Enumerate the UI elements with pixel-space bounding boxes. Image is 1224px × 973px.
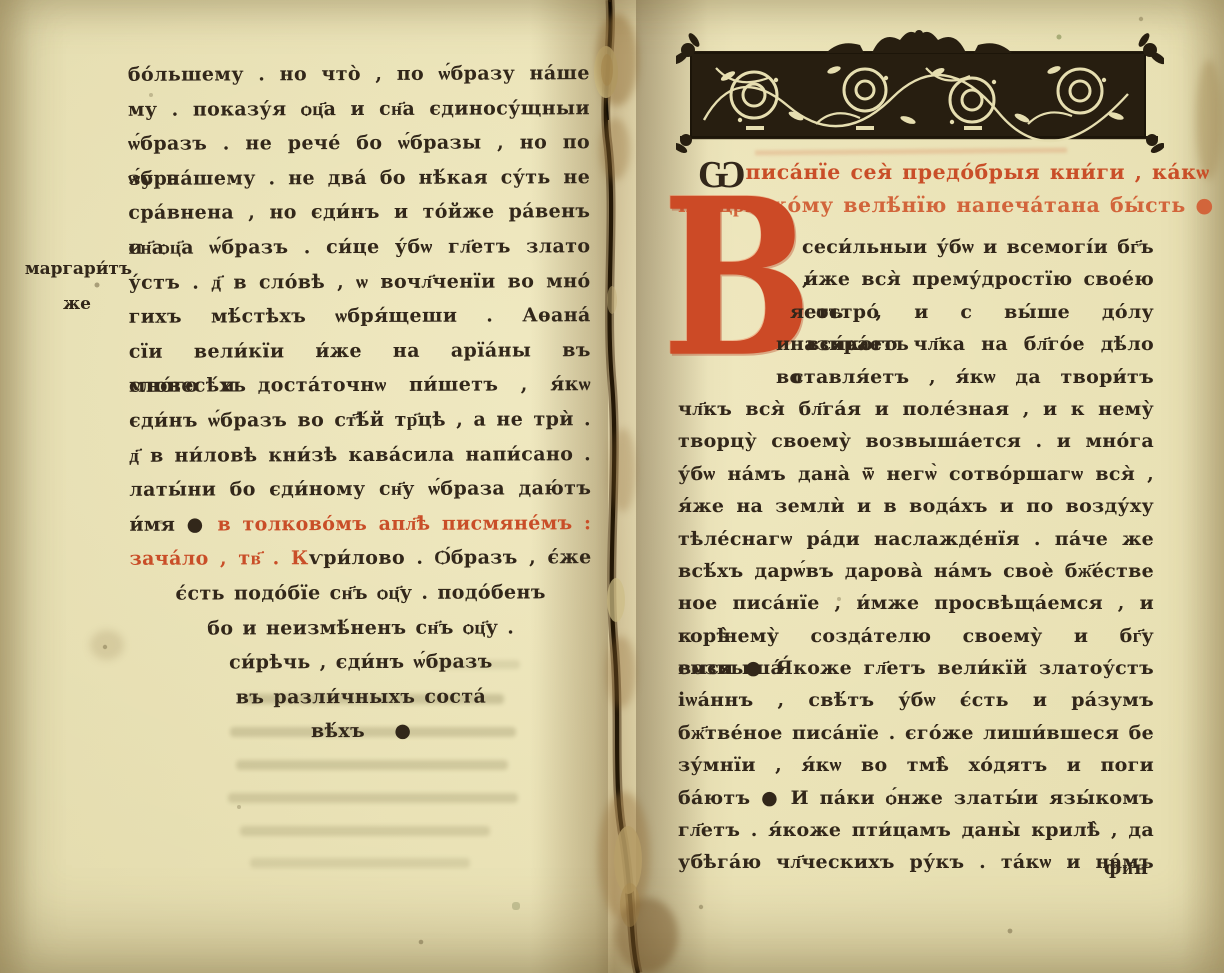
text-segment: ѵри́лово . Ѻ́бразъ , є́же [309, 547, 592, 570]
text-segment: вѣ́хъ ● [311, 720, 411, 742]
text-line: ба́ютъ ● И па́ки ѻ́нже златы́и язы́комъ [678, 782, 1154, 814]
text-segment: писа́нїе сея̀ предо́брыя кни́ги , ка́кѡ [746, 160, 1210, 184]
text-line: єди́нъ ѡ́бразъ во ст҃ѣ́й тр҃цѣ , а не тр… [129, 402, 591, 438]
text-line: я́же на землѝ и в вода́хъ и по возду́ху [678, 490, 1154, 522]
book-spread: { "colors": { "paper": "#e9e1b4", "ink":… [0, 0, 1224, 973]
text-line: чл҃къ вся̀ бл҃га́я и поле́зная , и к нем… [678, 393, 1154, 425]
text-line: у́стъ . д҃ в сло́вѣ , ѡ вочл҃ченїи во мн… [129, 264, 591, 300]
bleed-through [240, 826, 490, 836]
text-segment: гихъ мѣ́стѣхъ ѡбря́щеши . Аѳана́ [129, 304, 591, 328]
text-segment: творцу̀ своему̀ возвыша́ется . и мно́га [678, 430, 1154, 452]
text-segment: убѣга́ю чл҃ческихъ ру́къ . та́кѡ и на́мъ [678, 851, 1154, 873]
text-line: бо и неизмѣ́ненъ сн҃ъ ѻц҃у . [190, 610, 532, 646]
text-line: латы́ни бо єди́ному сн҃у ѡ́браза даю́тъ [129, 471, 591, 507]
text-segment: латы́ни бо єди́ному сн҃у ѡ́браза даю́тъ [129, 477, 591, 501]
bleed-through [250, 858, 470, 868]
text-segment: я́же на землѝ и в вода́хъ и по возду́ху [678, 495, 1154, 517]
text-line: ставля́етъ , я́кѡ да твори́тъ [792, 361, 1154, 393]
margin-note-line: маргари́тъ [22, 252, 132, 287]
text-line: и́же вся̀ прему́дростїю свое́ю состро́ [804, 263, 1154, 295]
text-line: зу на́шему . не два́ бо нѣ́кая су́ть не [128, 160, 590, 196]
text-line: іѡа́ннъ , свѣ́тъ у́бѡ є́сть и ра́зумъ [678, 684, 1154, 716]
text-line: гл҃етъ . я́коже пти́цамъ даны̀ крилѣ̀ , … [678, 814, 1154, 846]
text-segment: и ѻц҃а ѡ́бразъ . си́це у́бѡ гл҃етъ злато [128, 235, 590, 259]
text-line: и ѻц҃а ѡ́бразъ . си́це у́бѡ гл҃етъ злато [128, 229, 590, 265]
text-segment: бж҃тве́ное писа́нїе . єго́же лиши́вшеся … [678, 722, 1154, 744]
text-line: сра́внена , но єди́нъ и то́йже ра́венъ с… [128, 195, 590, 231]
bleed-through [228, 793, 518, 803]
text-line: тѣле́снагѡ ра́ди наслажде́нїя . па́че же [678, 523, 1154, 555]
stain [90, 630, 124, 660]
text-line: и вся́кого чл҃ка на бл҃го́е дѣ́ло во [776, 328, 1154, 360]
text-segment: му . показу́я ѻц҃а и сн҃а єдиносу́щныи [128, 97, 590, 121]
foxing-specks [0, 0, 2, 2]
text-line: си́рѣчь , єди́нъ ѡ́бразъ [218, 645, 505, 681]
headpiece-ornament [676, 28, 1164, 154]
text-segment: є́сть подо́бїе сн҃ъ ѻц҃у . подо́бенъ [175, 581, 545, 604]
text-line: яетъ , и с вы́ше до́лу назира́етъ [790, 296, 1154, 328]
text-line: мно́го и доста́точнѡ пи́шетъ , я́кѡ [129, 368, 591, 404]
text-line: въ разли́чныхъ соста́ [232, 679, 491, 714]
text-line: зача́ло , тв҃ . Кѵри́лово . Ѻ́бразъ , є́… [129, 541, 591, 577]
text-segment: и́мя ● [129, 513, 217, 535]
text-line: убѣга́ю чл҃ческихъ ру́къ . та́кѡ и на́мъ [678, 846, 1154, 878]
right-page-text-block: сеси́льныи у́бѡ и всемогі́и бг҃ъ ,и́же в… [678, 231, 1154, 879]
text-line: му . показу́я ѻц҃а и сн҃а єдиносу́щныи [128, 91, 590, 127]
text-segment: мно́го и доста́точнѡ пи́шетъ , я́кѡ [129, 374, 591, 398]
text-line: ѡ́бразъ . не рече́ бо ѡ́бразы , но по ѡ́… [128, 125, 590, 161]
text-segment: в толково́мъ апл҃ѣ писмяне́мъ : [217, 512, 591, 535]
text-line: всѣ́хъ дарѡ́въ дарова̀ на́мъ своѐ бж҃е́с… [678, 555, 1154, 587]
text-segment: іѡа́ннъ , свѣ́тъ у́бѡ є́сть и ра́зумъ [678, 689, 1154, 711]
text-segment: гл҃етъ . я́коже пти́цамъ даны̀ крилѣ̀ , … [678, 819, 1154, 841]
text-segment: чл҃къ вся̀ бл҃га́я и поле́зная , и к нем… [678, 398, 1154, 420]
text-line: д҃ в ни́ловѣ кни́зѣ кава́сила напи́сано … [129, 437, 591, 473]
text-line: вѣ́хъ ● [264, 714, 458, 749]
text-line: у́бѡ на́мъ дана̀ ѿ негѡ̀ сотво́ршагѡ вся… [678, 458, 1154, 490]
text-segment: єди́нъ ѡ́бразъ во ст҃ѣ́й тр҃цѣ , а не тр… [129, 408, 591, 432]
text-line: бж҃тве́ное писа́нїе . єго́же лиши́вшеся … [678, 717, 1154, 749]
text-line: творцу̀ своему̀ возвыша́ется . и мно́га [678, 425, 1154, 457]
margin-note: маргари́тъ же [22, 252, 132, 322]
text-line: и́мя ● в толково́мъ апл҃ѣ писмяне́мъ : [129, 506, 591, 542]
text-line: бо́льшему . но что̀ , по ѡ́бразу на́ше [128, 56, 590, 92]
text-line: к нему̀ созда́телю своему̀ и бг҃у возвыш… [678, 620, 1154, 652]
text-segment: си́рѣчь , єди́нъ ѡ́бразъ [229, 651, 493, 674]
text-segment: зу́мнїи , я́кѡ во тмѣ̀ хо́дятъ и поги [678, 754, 1154, 776]
text-segment: зача́ло , тв҃ . К [130, 547, 309, 570]
text-line: сїи вели́кїи и́же на арїа́ны въ словесѣ́… [129, 333, 591, 369]
text-segment: тѣле́снагѡ ра́ди наслажде́нїя . па́че же [678, 528, 1154, 550]
text-segment: въ разли́чныхъ соста́ [236, 685, 487, 708]
text-segment: емся ● Я́коже гл҃етъ вели́кїй златоу́стъ [678, 657, 1154, 679]
text-segment: у́бѡ на́мъ дана̀ ѿ негѡ̀ сотво́ршагѡ вся… [678, 463, 1154, 485]
text-line: гихъ мѣ́стѣхъ ѡбря́щеши . Аѳана́ [129, 298, 591, 334]
text-segment: ставля́етъ , я́кѡ да твори́тъ [792, 366, 1154, 388]
margin-note-line: же [22, 287, 132, 322]
text-segment: всѣ́хъ дарѡ́въ дарова̀ на́мъ своѐ бж҃е́с… [678, 560, 1154, 582]
text-segment: бо и неизмѣ́ненъ сн҃ъ ѻц҃у . [207, 616, 514, 639]
text-line: сеси́льныи у́бѡ и всемогі́и бг҃ъ , [802, 231, 1154, 263]
left-page-text-block: бо́льшему . но что̀ , по ѡ́бразу на́шему… [128, 56, 592, 749]
text-line: ное писа́нїе , и́мже просвѣща́емся , и г… [678, 587, 1154, 619]
text-segment: у́стъ . д҃ в сло́вѣ , ѡ вочл҃ченїи во мн… [129, 270, 591, 294]
catchword: фи҃н [1104, 857, 1149, 880]
text-segment: д҃ в ни́ловѣ кни́зѣ кава́сила напи́сано … [129, 443, 591, 467]
text-segment: бо́льшему . но что̀ , по ѡ́бразу на́ше [128, 62, 590, 86]
text-line: емся ● Я́коже гл҃етъ вели́кїй златоу́стъ [678, 652, 1154, 684]
bleed-through [236, 760, 508, 770]
text-segment: ба́ютъ ● И па́ки ѻ́нже златы́и язы́комъ [678, 787, 1154, 809]
text-line: є́сть подо́бїе сн҃ъ ѻц҃у . подо́бенъ [162, 575, 559, 611]
text-segment: зу на́шему . не два́ бо нѣ́кая су́ть не [128, 166, 590, 190]
text-line: зу́мнїи , я́кѡ во тмѣ̀ хо́дятъ и поги [678, 749, 1154, 781]
